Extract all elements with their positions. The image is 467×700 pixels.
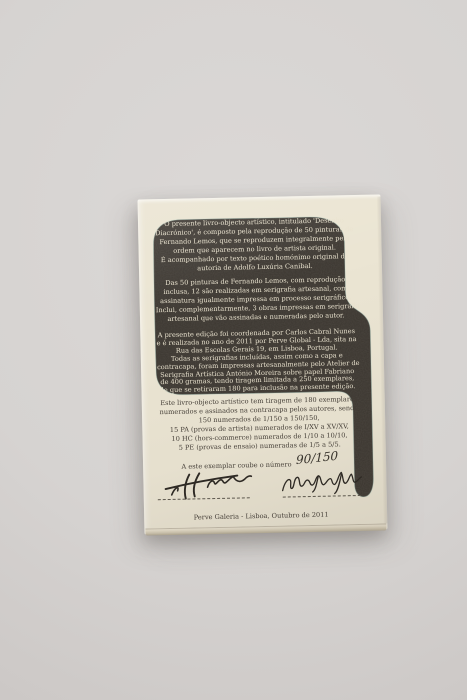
colophon-paragraph-edition: Este livro-objecto artístico tem tiragem…	[159, 395, 360, 453]
colophon-paragraph-3: A presente edição foi coordenada por Car…	[156, 328, 357, 395]
handwritten-edition-number: 90/150	[296, 449, 338, 468]
photo-background: O presente livro-objecto artístico, inti…	[0, 0, 467, 700]
colophon-paragraph-2: Das 50 pinturas de Fernando Lemos, com r…	[155, 275, 356, 324]
colophon-paragraph-1: O presente livro-objecto artístico, inti…	[154, 216, 355, 274]
book-back-cover: O presente livro-objecto artístico, inti…	[138, 194, 388, 534]
